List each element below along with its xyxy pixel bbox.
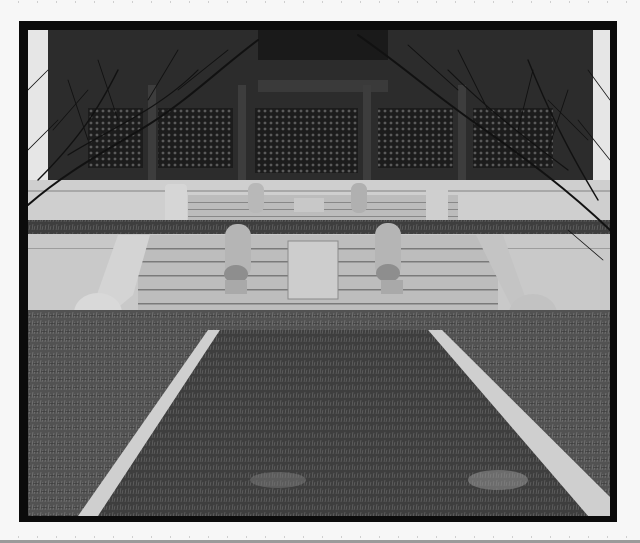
scan-ticks-top xyxy=(0,1,640,3)
lattice-door xyxy=(255,108,358,173)
lattice-window xyxy=(378,108,453,168)
stone-guardian xyxy=(248,183,264,213)
stone-post xyxy=(165,184,187,224)
stone-guardian-left xyxy=(224,224,251,294)
scan-ticks-bottom xyxy=(0,536,640,538)
stone-post xyxy=(426,184,448,224)
stone-guardian xyxy=(351,183,367,213)
lattice-window xyxy=(473,108,553,168)
photo-paper xyxy=(0,0,640,543)
photograph xyxy=(28,30,610,516)
carved-stone-slab xyxy=(288,241,338,299)
temple-scene xyxy=(28,30,610,516)
lattice-window xyxy=(158,108,233,168)
